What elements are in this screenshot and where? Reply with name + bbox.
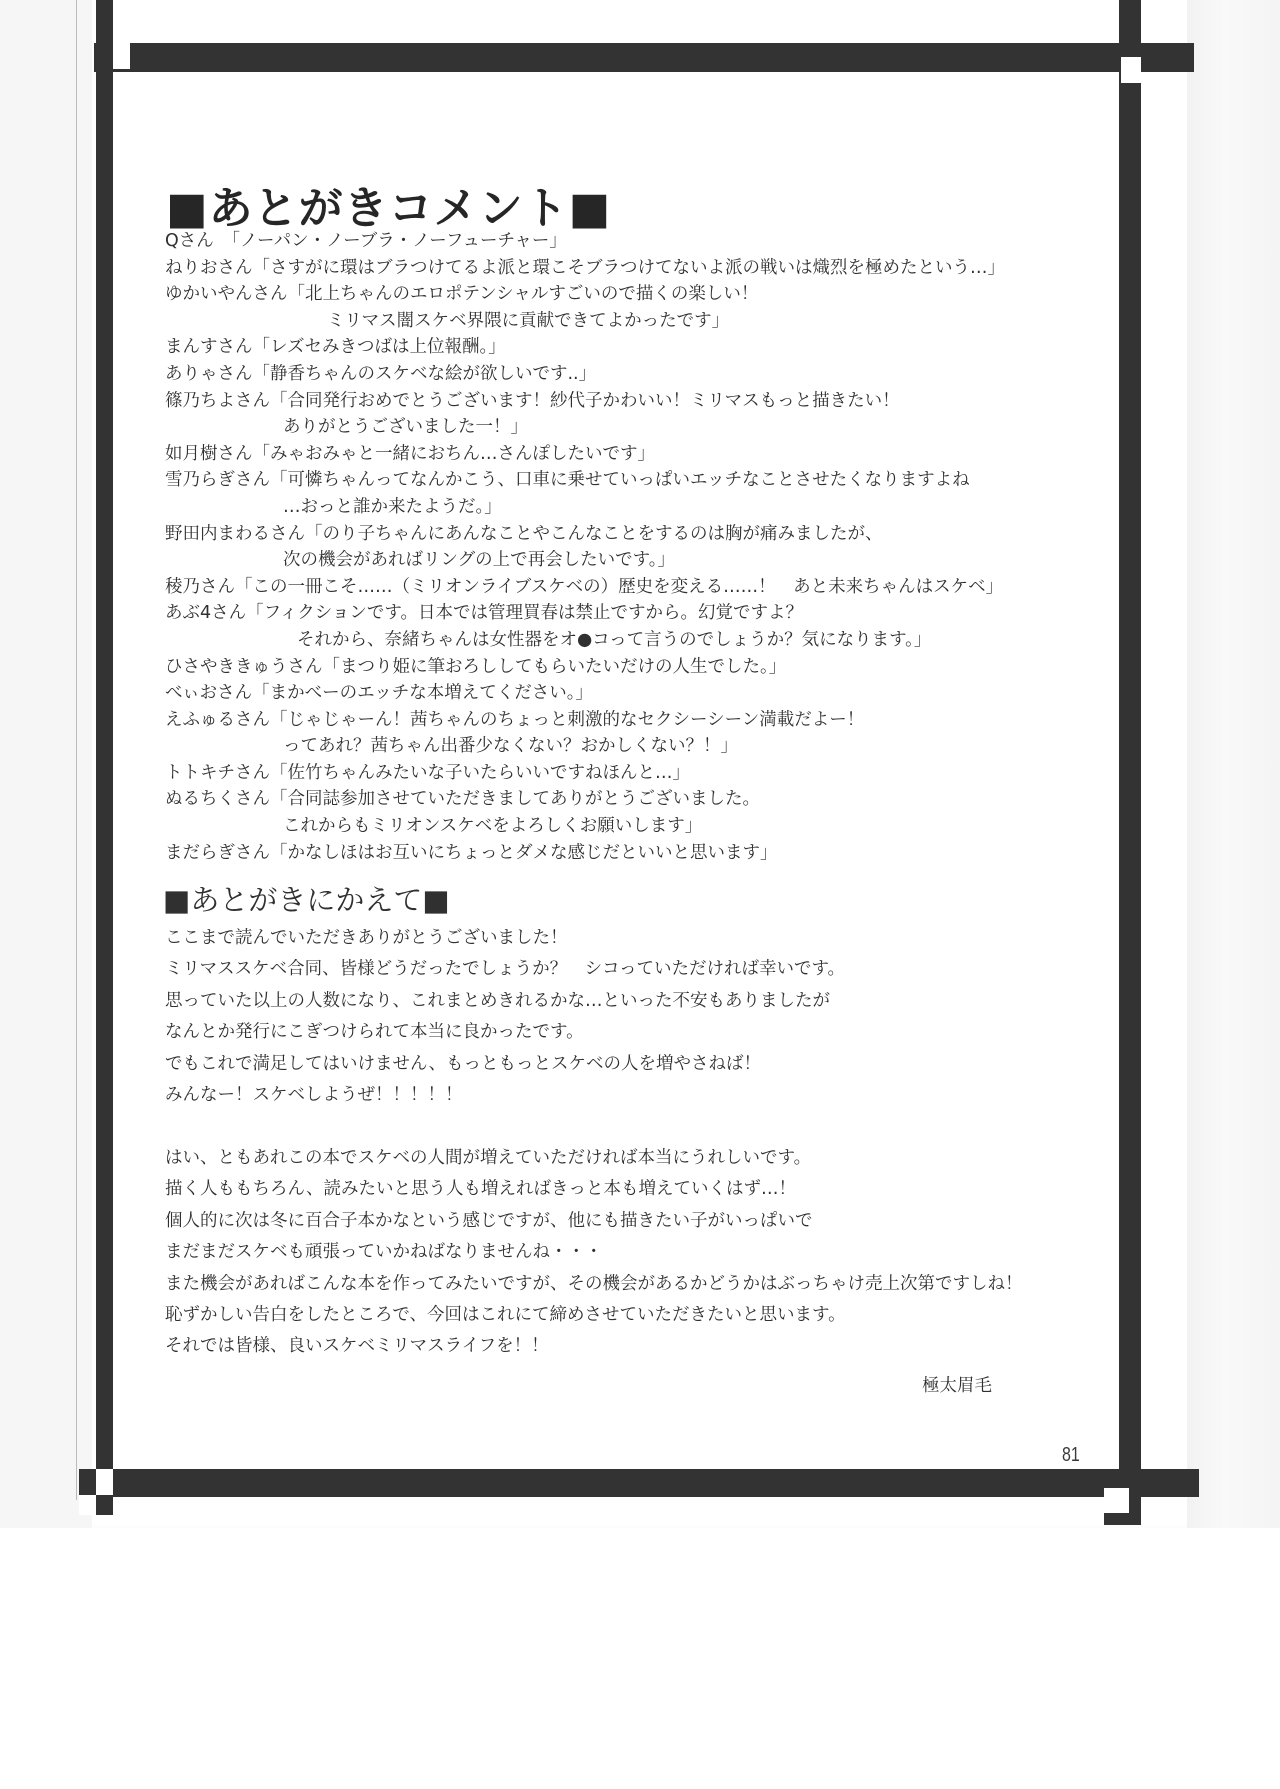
contributor-comment: 「まつり姫に筆おろししてもらいたいだけの人生でした。」 xyxy=(323,657,787,677)
afterword-line: 思っていた以上の人数になり、これまとめきれるかな…といった不安もありましたが xyxy=(165,986,1095,1017)
comment-line: ゆかいやんさん「北上ちゃんのエロポテンシャルすごいので描くの楽しい！ xyxy=(165,281,1095,308)
comment-continuation: ってあれ？茜ちゃん出番少なくない？おかしくない？！」 xyxy=(165,733,1095,760)
comment-continuation: ミリマス闇スケベ界隈に貢献できてよかったです」 xyxy=(165,308,1095,335)
comment-line: ねりおさん「さすがに環はブラつけてるよ派と環こそブラつけてないよ派の戦いは熾烈を… xyxy=(165,255,1095,282)
comment-continuation: それから、奈緒ちゃんは女性器をオ●コって言うのでしょうか？気になります。」 xyxy=(165,627,1095,654)
contributor-comment: 「フィクションです。日本では管理買春は禁止ですから。幻覚ですよ？ xyxy=(246,603,803,623)
afterword-line: なんとか発行にこぎつけられて本当に良かったです。 xyxy=(165,1017,1095,1048)
contributor-name: まだらぎさん xyxy=(165,843,270,863)
author-signature: 極太眉毛 xyxy=(922,1372,992,1397)
contributor-comment: 「合同誌参加させていただきましてありがとうございました。 xyxy=(270,789,760,809)
contributor-name: ゆかいやんさん xyxy=(165,284,288,304)
afterword-line: でもこれで満足してはいけません、もっともっとスケベの人を増やさねば！ xyxy=(165,1049,1095,1080)
contributor-comment: 「北上ちゃんのエロポテンシャルすごいので描くの楽しい！ xyxy=(288,284,759,304)
page-number: 81 xyxy=(1062,1444,1080,1467)
contributor-name: あぶ4さん xyxy=(165,603,246,623)
afterword-line: みんなー！スケベしようぜ！！！！！ xyxy=(165,1080,1095,1111)
afterword-line: また機会があればこんな本を作ってみたいですが、その機会があるかどうかはぶっちゃけ… xyxy=(165,1269,1095,1300)
afterword-heading: ■あとがきにかえて■ xyxy=(163,878,450,919)
frame-top-bar xyxy=(94,43,1194,72)
contributor-name: Qさん xyxy=(165,231,231,251)
contributor-comment: 「ノーパン・ノーブラ・ノーフューチャー」 xyxy=(231,231,567,251)
contributor-name: ねりおさん xyxy=(165,258,253,278)
contributor-comment: 「この一冊こそ……（ミリオンライブスケベの）歴史を変える……！ あと未来ちゃんは… xyxy=(235,577,1003,597)
comment-continuation: これからもミリオンスケベをよろしくお願いします」 xyxy=(165,813,1095,840)
comment-line: えふゅるさん「じゃじゃーん！茜ちゃんのちょっと刺激的なセクシーシーン満載だよー！ xyxy=(165,707,1095,734)
comment-line: トトキチさん「佐竹ちゃんみたいな子いたらいいですねほんと…」 xyxy=(165,760,1095,787)
comment-line: 雪乃らぎさん「可憐ちゃんってなんかこう、口車に乗せていっぱいエッチなことさせたく… xyxy=(165,467,1095,494)
comment-line: あぶ4さん「フィクションです。日本では管理買春は禁止ですから。幻覚ですよ？ xyxy=(165,600,1095,627)
contributor-comment: 「合同発行おめでとうございます！紗代子かわいい！ミリマスもっと描きたい！ xyxy=(270,391,900,411)
frame-corner-square xyxy=(96,1495,113,1515)
comment-continuation: ありがとうございました一！」 xyxy=(165,414,1095,441)
frame-corner-square xyxy=(113,1497,1123,1511)
frame-bottom-bar xyxy=(79,1469,1199,1497)
frame-left-bar xyxy=(96,0,113,1500)
comment-line: 如月樹さん「みゃおみゃと一緒におちん…さんぽしたいです」 xyxy=(165,441,1095,468)
frame-left-outer-line xyxy=(76,0,77,1500)
scanner-background-right xyxy=(1187,0,1280,1528)
afterword-line: ここまで読んでいただきありがとうございました！ xyxy=(165,923,1095,954)
comment-line: ありゃさん「静香ちゃんのスケベな絵が欲しいです..」 xyxy=(165,361,1095,388)
contributor-comment: 「レズセみきつばは上位報酬。」 xyxy=(253,337,506,357)
contributor-comment: 「かなしほはお互いにちょっとダメな感じだといいと思います」 xyxy=(270,843,778,863)
frame-corner-square xyxy=(1104,1513,1129,1525)
contributor-name: ありゃさん xyxy=(165,364,253,384)
comments-heading: ■あとがきコメント■ xyxy=(166,172,611,236)
scanned-page: ■あとがきコメント■ Qさん 「ノーパン・ノーブラ・ノーフューチャー」ねりおさん… xyxy=(0,0,1280,1528)
comment-line: まだらぎさん「かなしほはお互いにちょっとダメな感じだといいと思います」 xyxy=(165,840,1095,867)
contributor-comments-list: Qさん 「ノーパン・ノーブラ・ノーフューチャー」ねりおさん「さすがに環はブラつけ… xyxy=(165,228,1095,866)
contributor-name: 雪乃らぎさん xyxy=(165,470,270,490)
contributor-comment: 「可憐ちゃんってなんかこう、口車に乗せていっぱいエッチなことさせたくなりますよね xyxy=(270,470,970,490)
afterword-line: それでは皆様、良いスケベミリマスライフを！！ xyxy=(165,1331,1095,1362)
contributor-name: えふゅるさん xyxy=(165,710,270,730)
contributor-name: 稜乃さん xyxy=(165,577,235,597)
afterword-line: ミリマススケベ合同、皆様どうだったでしょうか？ シコっていただければ幸いです。 xyxy=(165,954,1095,985)
frame-right-bar xyxy=(1119,0,1141,1525)
contributor-name: トトキチさん xyxy=(165,763,270,783)
contributor-name: まんすさん xyxy=(165,337,253,357)
frame-corner-square xyxy=(79,1495,96,1515)
afterword-paragraph-1: ここまで読んでいただきありがとうございました！ミリマススケベ合同、皆様どうだった… xyxy=(165,923,1095,1111)
frame-corner-square xyxy=(113,43,130,69)
afterword-paragraph-2: はい、ともあれこの本でスケベの人間が増えていただければ本当にうれしいです。描く人… xyxy=(165,1143,1095,1363)
contributor-name: ぬるちくさん xyxy=(165,789,270,809)
frame-corner-square xyxy=(1104,1488,1129,1513)
contributor-comment: 「まかべーのエッチな本増えてください。」 xyxy=(252,683,593,703)
afterword-line: まだまだスケベも頑張っていかねばなりませんね・・・ xyxy=(165,1237,1095,1268)
contributor-comment: 「のり子ちゃんにあんなことやこんなことをするのは胸が痛みましたが、 xyxy=(305,524,883,544)
frame-corner-square xyxy=(79,1469,96,1495)
contributor-name: べぃおさん xyxy=(165,683,252,703)
comment-line: ぬるちくさん「合同誌参加させていただきましてありがとうございました。 xyxy=(165,786,1095,813)
contributor-comment: 「さすがに環はブラつけてるよ派と環こそブラつけてないよ派の戦いは熾烈を極めたとい… xyxy=(253,258,1006,278)
contributor-comment: 「静香ちゃんのスケベな絵が欲しいです..」 xyxy=(253,364,597,384)
frame-corner-square xyxy=(96,1469,113,1495)
contributor-comment: 「じゃじゃーん！茜ちゃんのちょっと刺激的なセクシーシーン満載だよー！ xyxy=(270,710,864,730)
frame-corner-square xyxy=(1121,57,1141,83)
contributor-comment: 「佐竹ちゃんみたいな子いたらいいですねほんと…」 xyxy=(270,763,690,783)
comment-line: Qさん 「ノーパン・ノーブラ・ノーフューチャー」 xyxy=(165,228,1095,255)
comment-line: 篠乃ちよさん「合同発行おめでとうございます！紗代子かわいい！ミリマスもっと描きた… xyxy=(165,388,1095,415)
contributor-name: 如月樹さん xyxy=(165,444,253,464)
comment-line: 野田内まわるさん「のり子ちゃんにあんなことやこんなことをするのは胸が痛みましたが… xyxy=(165,521,1095,548)
contributor-name: ひさやききゅうさん xyxy=(165,657,323,677)
contributor-comment: 「みゃおみゃと一緒におちん…さんぽしたいです」 xyxy=(253,444,656,464)
comment-continuation: 次の機会があればリングの上で再会したいです。」 xyxy=(165,547,1095,574)
scanner-background-left xyxy=(0,0,92,1528)
afterword-line: 描く人ももちろん、読みたいと思う人も増えればきっと本も増えていくはず…！ xyxy=(165,1174,1095,1205)
comment-line: べぃおさん「まかべーのエッチな本増えてください。」 xyxy=(165,680,1095,707)
comment-continuation: …おっと誰か来たようだ。」 xyxy=(165,494,1095,521)
afterword-line: 個人的に次は冬に百合子本かなという感じですが、他にも描きたい子がいっぱいで xyxy=(165,1206,1095,1237)
afterword-line: はい、ともあれこの本でスケベの人間が増えていただければ本当にうれしいです。 xyxy=(165,1143,1095,1174)
comment-line: ひさやききゅうさん「まつり姫に筆おろししてもらいたいだけの人生でした。」 xyxy=(165,654,1095,681)
contributor-name: 野田内まわるさん xyxy=(165,524,305,544)
comment-line: 稜乃さん「この一冊こそ……（ミリオンライブスケベの）歴史を変える……！ あと未来… xyxy=(165,574,1095,601)
comment-line: まんすさん「レズセみきつばは上位報酬。」 xyxy=(165,334,1095,361)
afterword-line: 恥ずかしい告白をしたところで、今回はこれにて締めさせていただきたいと思います。 xyxy=(165,1300,1095,1331)
contributor-name: 篠乃ちよさん xyxy=(165,391,270,411)
